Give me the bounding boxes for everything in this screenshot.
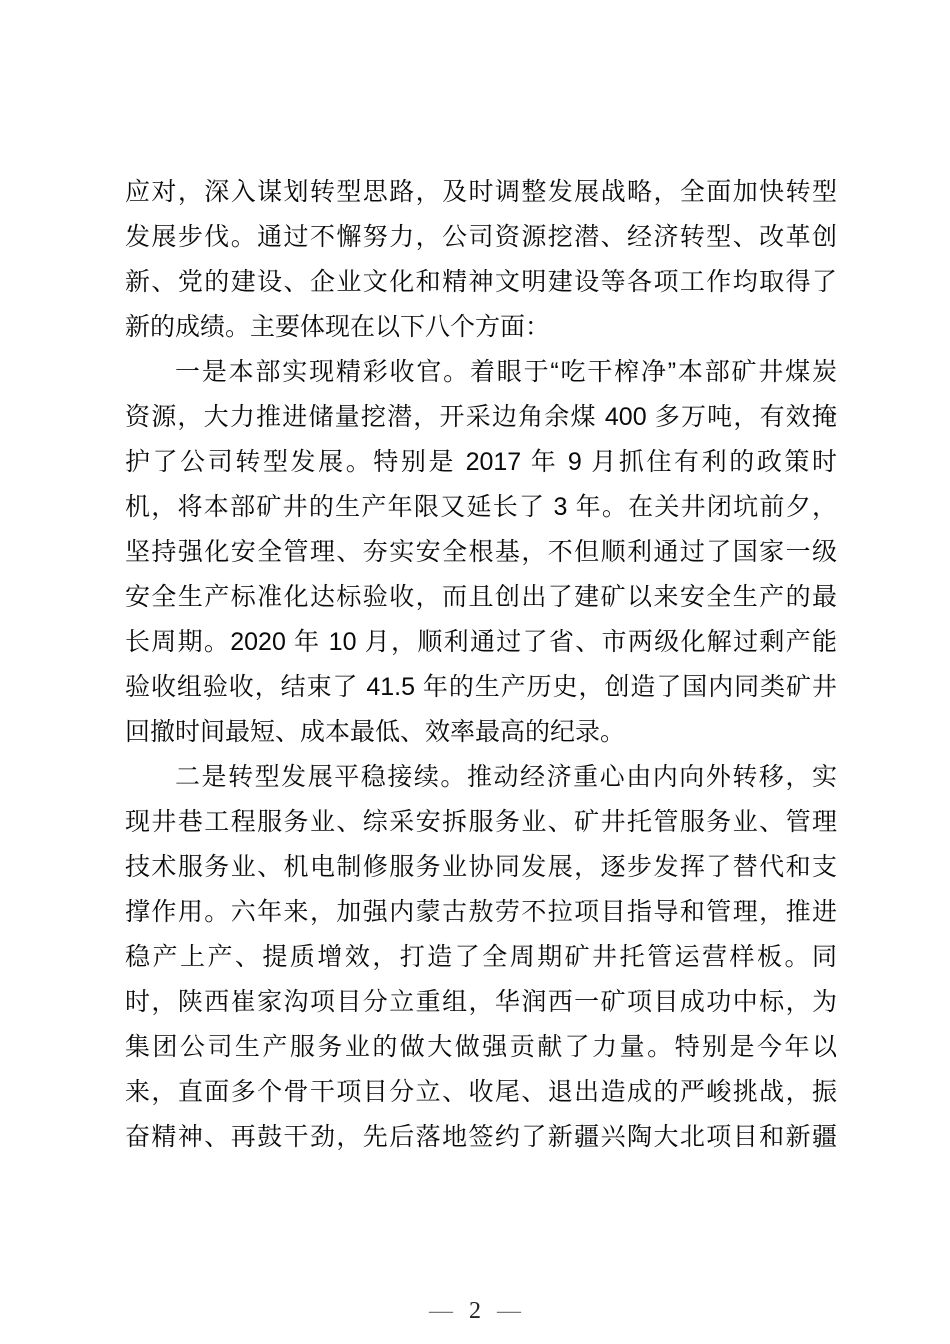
text-line: 回撤时间最短、成本最低、效率最高的纪录。	[125, 710, 837, 755]
text-line: 奋精神、再鼓干劲，先后落地签约了新疆兴陶大北项目和新疆	[125, 1115, 837, 1160]
footer-dash-left: —	[429, 1298, 453, 1324]
text-line: 现井巷工程服务业、综采安拆服务业、矿井托管服务业、管理	[125, 800, 837, 845]
text-line: 时，陕西崔家沟项目分立重组，华润西一矿项目成功中标，为	[125, 980, 837, 1025]
text-line: 护了公司转型发展。特别是 2017 年 9 月抓住有利的政策时	[125, 440, 837, 485]
text-line: 安全生产标准化达标验收，而且创出了建矿以来安全生产的最	[125, 575, 837, 620]
text-line: 长周期。2020 年 10 月，顺利通过了省、市两级化解过剩产能	[125, 620, 837, 665]
page-footer: —2—	[0, 1293, 950, 1329]
text-line: 验收组验收，结束了 41.5 年的生产历史，创造了国内同类矿井	[125, 665, 837, 710]
text-line: 技术服务业、机电制修服务业协同发展，逐步发挥了替代和支	[125, 845, 837, 890]
document-body: 应对，深入谋划转型思路，及时调整发展战略，全面加快转型发展步伐。通过不懈努力，公…	[125, 170, 837, 1160]
text-line: 应对，深入谋划转型思路，及时调整发展战略，全面加快转型	[125, 170, 837, 215]
text-line: 撑作用。六年来，加强内蒙古敖劳不拉项目指导和管理，推进	[125, 890, 837, 935]
text-line: 发展步伐。通过不懈努力，公司资源挖潜、经济转型、改革创	[125, 215, 837, 260]
text-line: 资源，大力推进储量挖潜，开采边角余煤 400 多万吨，有效掩	[125, 395, 837, 440]
text-line: 集团公司生产服务业的做大做强贡献了力量。特别是今年以	[125, 1025, 837, 1070]
text-line: 新的成绩。主要体现在以下八个方面：	[125, 305, 837, 350]
text-line: 一是本部实现精彩收官。着眼于“吃干榨净”本部矿井煤炭	[125, 350, 837, 395]
text-line: 稳产上产、提质增效，打造了全周期矿井托管运营样板。同	[125, 935, 837, 980]
text-line: 新、党的建设、企业文化和精神文明建设等各项工作均取得了	[125, 260, 837, 305]
text-line: 机，将本部矿井的生产年限又延长了 3 年。在关井闭坑前夕，	[125, 485, 837, 530]
footer-dash-right: —	[497, 1298, 521, 1324]
text-line: 坚持强化安全管理、夯实安全根基，不但顺利通过了国家一级	[125, 530, 837, 575]
document-page: 应对，深入谋划转型思路，及时调整发展战略，全面加快转型发展步伐。通过不懈努力，公…	[0, 0, 950, 1344]
text-line: 来，直面多个骨干项目分立、收尾、退出造成的严峻挑战，振	[125, 1070, 837, 1115]
page-number: 2	[469, 1298, 481, 1324]
text-line: 二是转型发展平稳接续。推动经济重心由内向外转移，实	[125, 755, 837, 800]
